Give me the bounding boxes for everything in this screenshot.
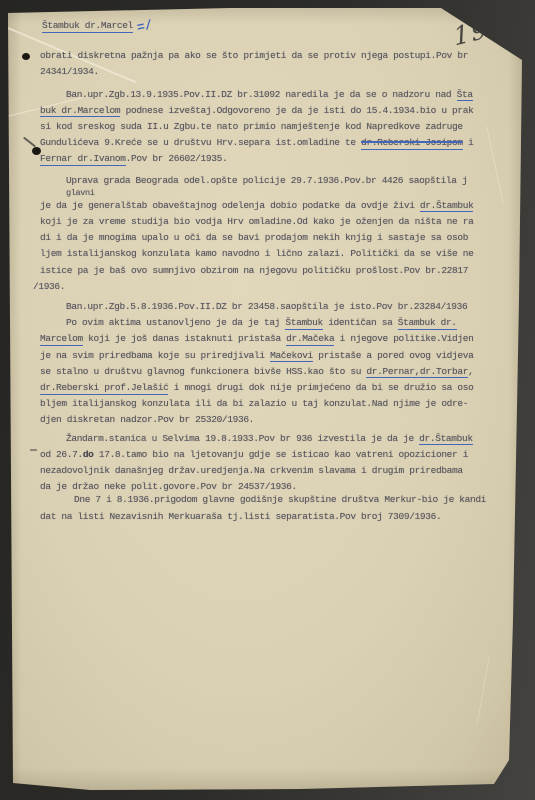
typewritten-text: , <box>468 366 473 377</box>
typewritten-text: .Pov br 26602/1935. <box>126 153 228 164</box>
punch-hole <box>32 147 41 155</box>
typewritten-text: i njegove politike.Vidjen <box>334 333 473 344</box>
typewritten-text: je na svim priredbama koje su priredjiva… <box>40 350 270 361</box>
text-line: od 26.7.do 17.8.tamo bio na ljetovanju g… <box>40 447 490 463</box>
text-line: Gundulićeva 9.Kreće se u društvu Hrv.sep… <box>40 135 490 151</box>
underlined-text: Mačekovi <box>270 350 313 363</box>
text-line: di i da je mnogima upalo u oči da se bav… <box>40 230 490 246</box>
text-line: si kod sreskog suda II.u Zgbu.te nato pr… <box>40 119 490 135</box>
text-line: se stalno u društvu glavnog funkcionera … <box>40 364 490 380</box>
text-line: dat na listi Nezavisnih Merkuaraša tj.li… <box>40 509 490 525</box>
typewritten-text: koji je još danas istaknuti pristaša <box>83 333 286 344</box>
typewritten-text: dat na listi Nezavisnih Merkuaraša tj.li… <box>40 511 441 522</box>
typewritten-text: Ban.upr.Zgb.13.9.1935.Pov.II.DZ br.31092… <box>66 89 457 100</box>
document-page: Štambuk dr.Marcelobrati diskretna pažnja… <box>0 0 535 800</box>
text-line: /1936. <box>33 279 490 295</box>
typewritten-text: se stalno u društvu glavnog funkcionera … <box>40 366 366 377</box>
typewritten-text: djen diskretan nadzor.Pov br 25320/1936. <box>40 414 254 425</box>
typewritten-text: 17.8.tamo bio na ljetovanju gdje se isti… <box>94 449 469 460</box>
underlined-text: dr.Mačeka <box>286 333 334 346</box>
text-line: Žandarm.stanica u Selvima 19.8.1933.Pov … <box>66 431 490 447</box>
overstruck-text: do <box>83 449 94 460</box>
typewritten-text: Ban.upr.Zgb.5.8.1936.Pov.II.DZ br 23458.… <box>66 301 467 312</box>
handwritten-insert-mark: =/ <box>136 18 154 36</box>
text-line: Ban.upr.Zgb.13.9.1935.Pov.II.DZ br.31092… <box>66 87 490 103</box>
typewritten-text: Uprava grada Beograda odel.opšte policij… <box>66 175 467 186</box>
text-line: buk dr.Marcelom podnese izveštaj.Odgovor… <box>40 103 490 119</box>
underlined-text: dr.Štambuk <box>420 200 474 213</box>
pencil-mark <box>23 137 36 148</box>
typewritten-text: pristaše a pored ovog vidjeva <box>313 350 474 361</box>
typewritten-text: podnese izveštaj.Odgovoreno je da je ist… <box>120 105 473 116</box>
text-line: Po ovim aktima ustanovljeno je da je taj… <box>66 315 490 331</box>
text-line: Fernar dr.Ivanom.Pov br 26602/1935. <box>40 151 490 167</box>
struck-underlined-text: dr.Reberski Josipom <box>361 137 463 150</box>
text-line: Uprava grada Beograda odel.opšte policij… <box>66 173 490 189</box>
document-lines: Štambuk dr.Marcelobrati diskretna pažnja… <box>40 18 490 525</box>
text-line: 24341/1934. <box>40 64 490 80</box>
typewritten-text: bljem italijanskog konzulata ili da bi z… <box>40 398 468 409</box>
handwritten-page-number: 199 <box>452 10 508 52</box>
typewritten-text: i <box>463 137 474 148</box>
typewritten-text: Po ovim aktima ustanovljeno je da je taj <box>66 317 285 328</box>
typewritten-text: Žandarm.stanica u Selvima 19.8.1933.Pov … <box>66 433 419 444</box>
underlined-text: dr.Reberski prof.Jelašić <box>40 382 168 395</box>
text-line: dr.Reberski prof.Jelašić i mnogi drugi d… <box>40 380 490 396</box>
typewritten-text: od 26.7. <box>40 449 83 460</box>
text-line: je da je generalštab obaveštajnog odelen… <box>40 198 490 214</box>
typewritten-text: je da je generalštab obaveštajnog odelen… <box>40 200 420 211</box>
underlined-text: Fernar dr.Ivanom <box>40 153 126 166</box>
text-line: Dne 7 i 8.1936.prigodom glavne godišnje … <box>74 492 490 508</box>
text-line: istice pa je baš ovo sumnjivo obzirom na… <box>40 263 490 279</box>
typewritten-text: nezadovoljnik današnjeg držav.uredjenja.… <box>40 465 463 476</box>
underlined-text: buk dr.Marcelom <box>40 105 120 118</box>
underlined-text: dr.Štambuk <box>419 433 473 446</box>
text-line: obrati diskretna pažnja pa ako se što pr… <box>40 48 490 64</box>
punch-hole <box>22 53 30 60</box>
typewritten-text: da je držao neke polit.govore.Pov br 245… <box>40 481 297 492</box>
text-line: koji je za vreme studija bio vodja Hrv o… <box>40 214 490 230</box>
text-line: djen diskretan nadzor.Pov br 25320/1936. <box>40 412 490 428</box>
text-line: ljem istalijanskog konzulata kamo navodn… <box>40 246 490 262</box>
typewritten-text: Gundulićeva 9.Kreće se u društvu Hrv.sep… <box>40 137 361 148</box>
typewritten-text: istice pa je baš ovo sumnjivo obzirom na… <box>40 265 468 276</box>
paper-crease <box>476 656 489 725</box>
text-line: je na svim priredbama koje su priredjiva… <box>40 348 490 364</box>
typewritten-text: glavni <box>66 188 95 198</box>
typewritten-text: /1936. <box>33 281 65 292</box>
text-line: nezadovoljnik današnjeg držav.uredjenja.… <box>40 463 490 479</box>
underlined-text: Štambuk <box>285 317 322 330</box>
typewritten-text: obrati diskretna pažnja pa ako se što pr… <box>40 50 468 61</box>
text-line: Ban.upr.Zgb.5.8.1936.Pov.II.DZ br 23458.… <box>66 299 490 315</box>
typewritten-text: si kod sreskog suda II.u Zgbu.te nato pr… <box>40 121 463 132</box>
text-line: glavni <box>66 189 490 198</box>
typewritten-text: di i da je mnogima upalo u oči da se bav… <box>40 232 468 243</box>
underlined-text: Marcelom <box>40 333 83 346</box>
typewritten-text: Dne 7 i 8.1936.prigodom glavne godišnje … <box>74 494 486 505</box>
underlined-text: Štambuk dr. <box>398 317 457 330</box>
underlined-text: dr.Pernar,dr.Torbar <box>366 366 468 379</box>
typewritten-text: i mnogi drugi dok nije primjećeno da bi … <box>168 382 473 393</box>
text-line: bljem italijanskog konzulata ili da bi z… <box>40 396 490 412</box>
typewritten-text: 24341/1934. <box>40 66 99 77</box>
margin-mark <box>30 449 37 451</box>
typewritten-text: ljem istalijanskog konzulata kamo navodn… <box>40 248 473 259</box>
typewritten-text: koji je za vreme studija bio vodja Hrv o… <box>40 216 473 227</box>
typewritten-text: identičan sa <box>323 317 398 328</box>
underlined-text: Štambuk dr.Marcel <box>42 20 133 33</box>
text-line: Štambuk dr.Marcel <box>42 18 490 34</box>
underlined-text: Šta <box>457 89 473 102</box>
text-line: Marcelom koji je još danas istaknuti pri… <box>40 331 490 347</box>
